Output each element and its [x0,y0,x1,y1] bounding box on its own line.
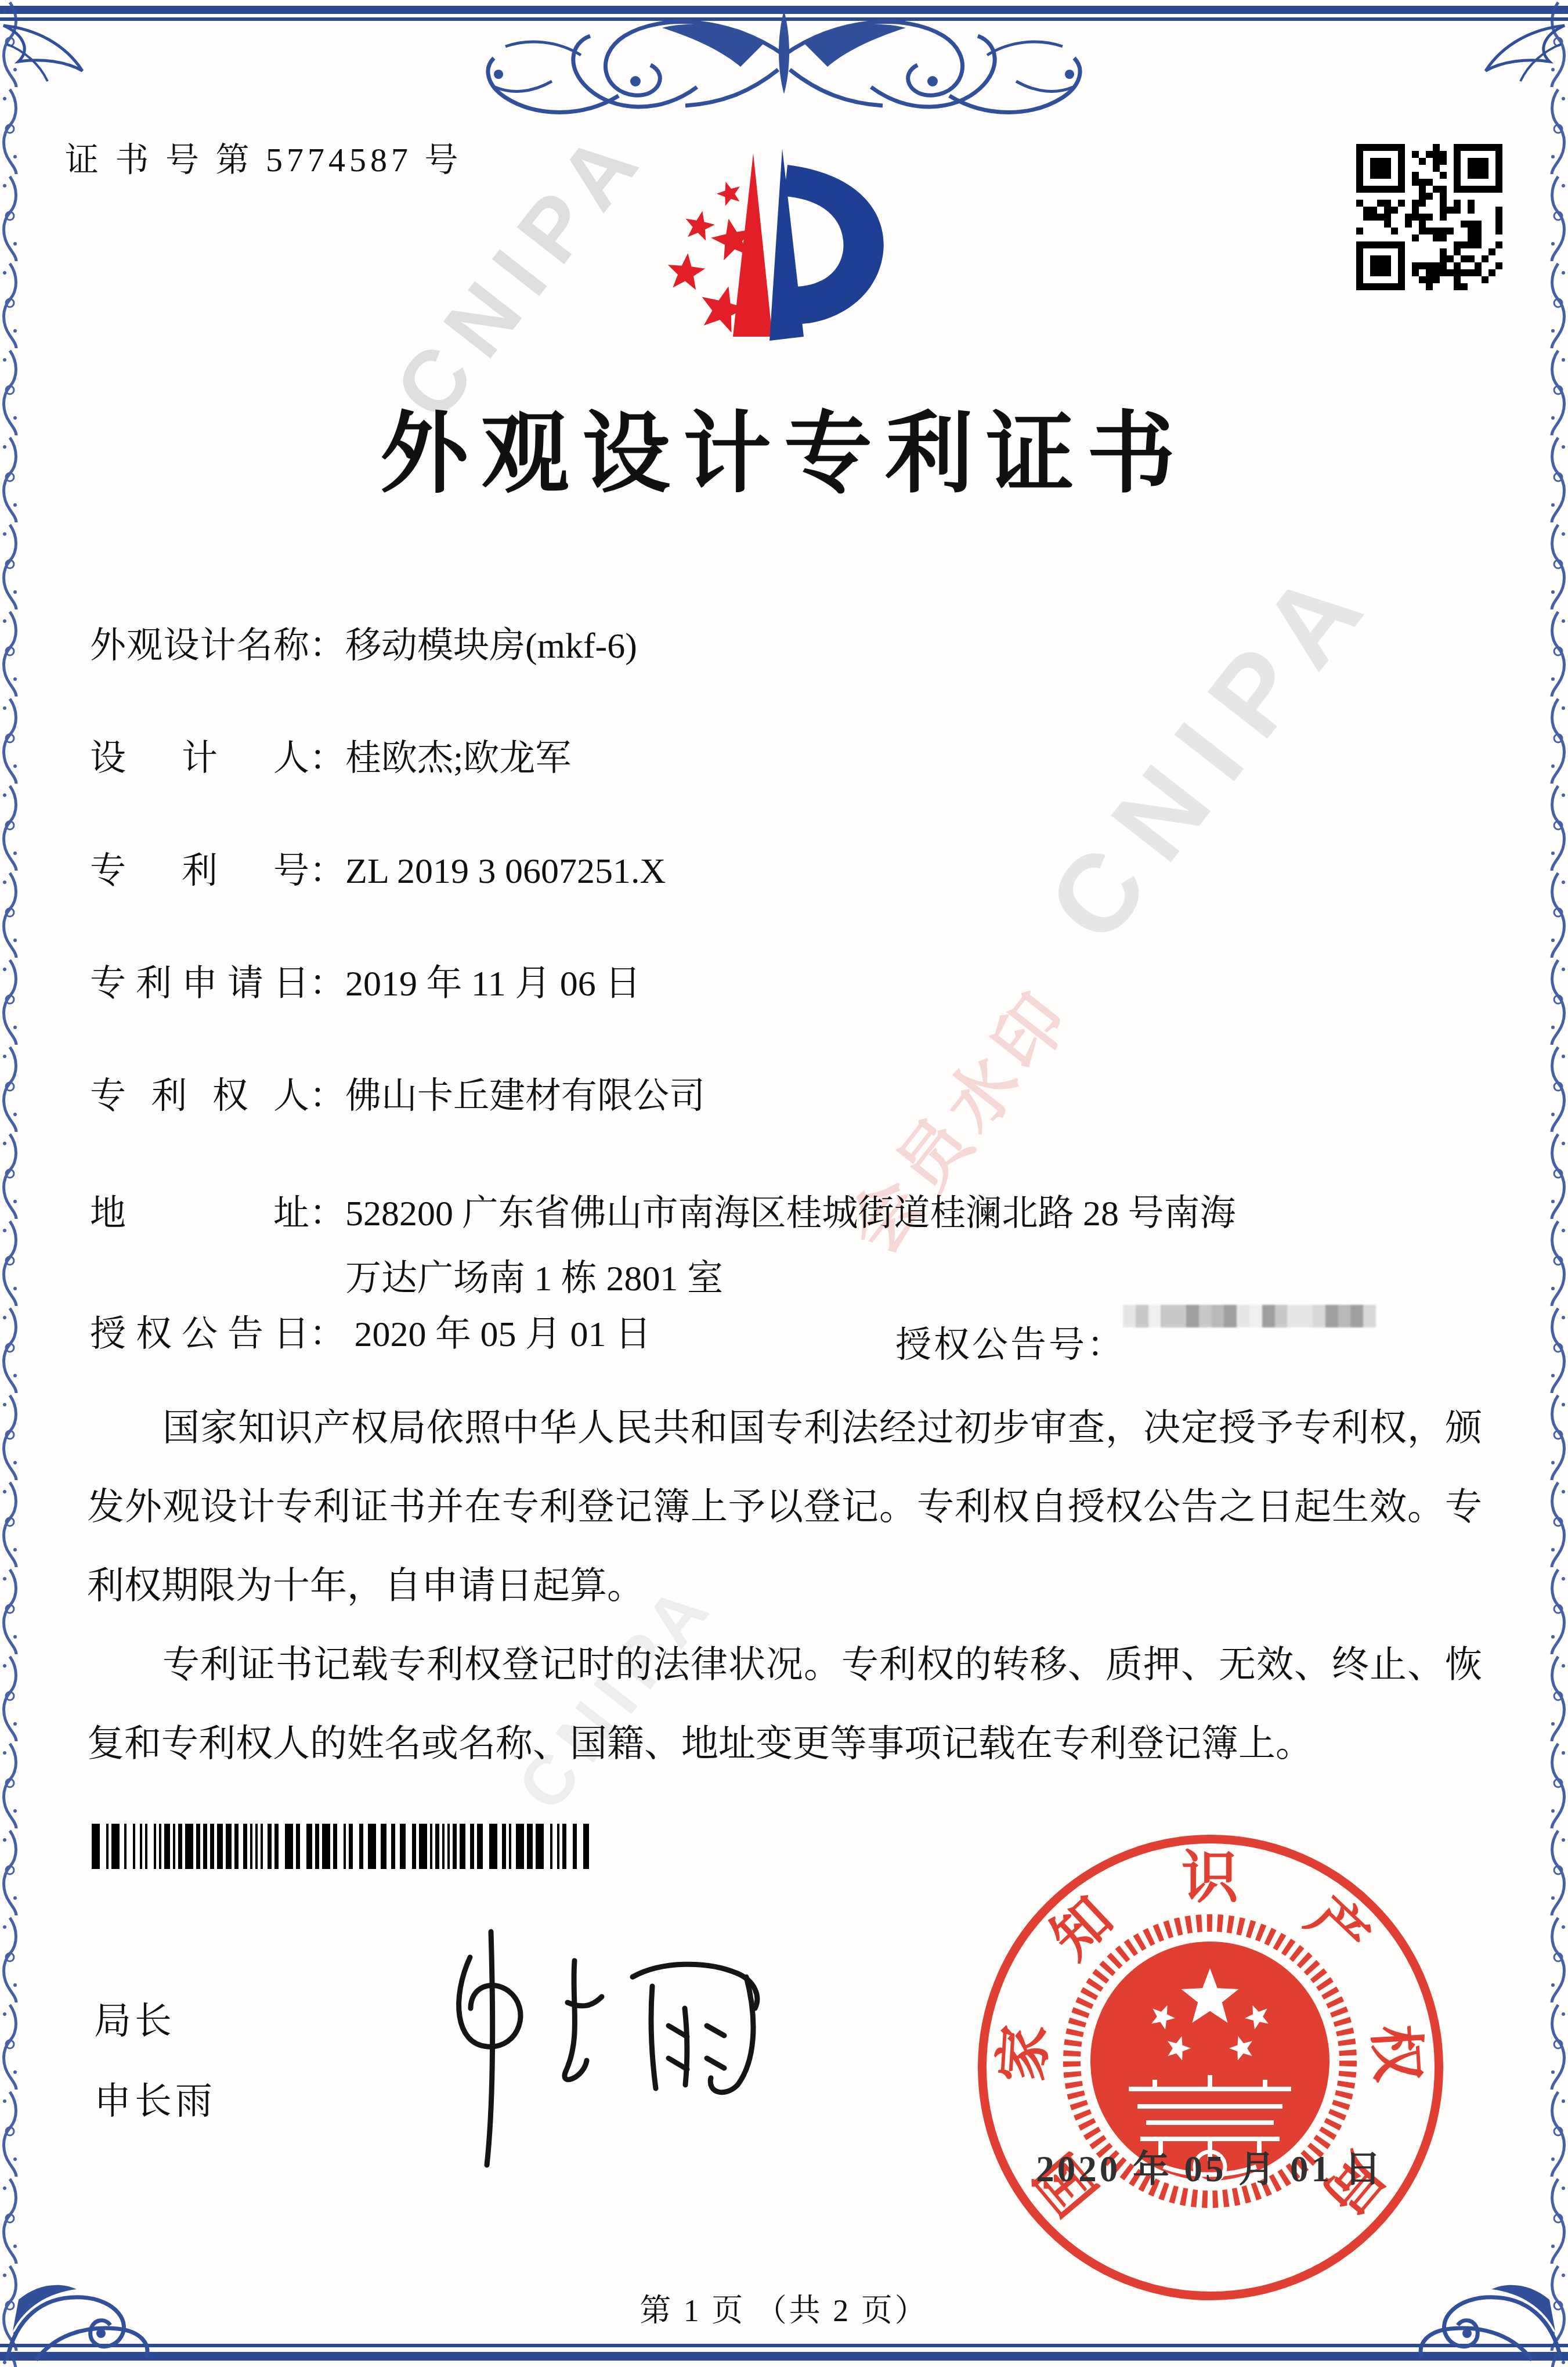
barcode-gap [465,1824,470,1869]
colon: ： [309,616,345,668]
label-char: 人 [273,1067,309,1118]
label-char: 号 [273,842,309,893]
barcode-gap [239,1824,243,1869]
label-char: 利 [182,842,218,893]
colon: ： [309,954,345,1006]
grant-no-label: 授权公告号 [895,1326,1087,1365]
label-char: 权 [212,1067,248,1118]
barcode-gap [263,1824,268,1869]
grant-row: 授权公告日： 2020 年 05 月 01 日 授权公告号： [90,1305,651,1356]
barcode-bar [234,1824,239,1869]
barcode-bar [516,1824,524,1869]
redacted-pixel [1237,1305,1249,1327]
barcode-gap [100,1824,106,1869]
field-value: 2019 年 11 月 06 日 [345,954,641,1006]
barcode-gap [552,1824,557,1869]
field-value: ZL 2019 3 0607251.X [345,851,666,892]
label-char: 址 [273,1184,309,1236]
barcode-bar [178,1824,182,1869]
logo-star [686,211,715,241]
barcode-bar [583,1824,589,1869]
redacted-pixel [1350,1305,1363,1327]
barcode-bar [217,1824,223,1869]
seal-org-char: 权 [1359,2022,1443,2084]
barcode-bar [315,1824,319,1869]
grant-date-label: 授权公告日 [90,1305,309,1356]
barcode-bar [412,1824,416,1869]
barcode-gap [279,1824,285,1869]
label-char: 权 [136,1305,172,1356]
redacted-pixel [1161,1305,1173,1327]
barcode-bar [226,1824,232,1869]
field-label: 专利申请日 [90,954,309,1006]
grant-date-value: 2020 年 05 月 01 日 [355,1305,652,1356]
barcode-gap [566,1824,573,1869]
barcode-bar [306,1824,312,1869]
commissioner-title: 局长 [94,1991,175,2044]
redacted-pixel [1262,1305,1275,1327]
barcode-bar [400,1824,406,1869]
grant-no-redacted-value [1123,1305,1376,1373]
barcode-bar [296,1824,300,1869]
barcode-bar [349,1824,353,1869]
bottom-border-line-thin [0,2344,1568,2347]
barcode-bar [359,1824,363,1869]
barcode-bar [368,1824,376,1869]
page-number: 第 1 页 （共 2 页） [0,2286,1568,2330]
top-left-corner-ornament [1,21,94,96]
label-char: 设 [163,616,199,668]
redacted-pixel [1224,1305,1237,1327]
field-label: 专利号 [90,842,309,893]
label-char: 专 [90,954,126,1006]
barcode-bar [210,1824,214,1869]
field-label: 专利权人 [90,1067,309,1118]
field-row: 专利号：ZL 2019 3 0607251.X [90,842,666,893]
certificate-page: CNIPA CNIPA 会员水印 CNIPA 证 书 号 第 5774587 号… [0,0,1568,2367]
barcode-bar [527,1824,533,1869]
official-seal: 国家知识产权局 2020 年 05 月 01 日 [976,1833,1444,2301]
handwritten-signature-icon [383,1921,836,2177]
redacted-pixel [1363,1305,1376,1327]
barcode-gap [120,1824,124,1869]
barcode-bar [185,1824,193,1869]
colon: ： [309,729,345,781]
barcode-gap [497,1824,502,1869]
label-char: 观 [127,616,162,668]
redacted-pixel [1313,1305,1325,1327]
seal-org-char: 识 [1182,1832,1238,1914]
barcode-bar [435,1824,439,1869]
field-row: 地址：528200 广东省佛山市南海区桂城街道桂澜北路 28 号南海万达广场南 … [90,1184,1236,1236]
watermark-cnipa: CNIPA [1023,532,1400,965]
label-char: 日 [273,1305,309,1356]
barcode-bar [111,1824,120,1869]
barcode-gap [544,1824,550,1869]
barcode-gap [406,1824,412,1869]
field-row: 专利权人：佛山卡丘建材有限公司 [90,1067,705,1118]
paragraph-grant-statement: 国家知识产权局依照中华人民共和国专利法经过初步审查，决定授予专利权，颁发外观设计… [87,1388,1482,1625]
barcode-bar [460,1824,465,1869]
field-label: 设计人 [90,729,309,781]
barcode-bar [536,1824,544,1869]
certificate-title: 外观设计专利证书 [0,383,1568,510]
barcode-gap [483,1824,489,1869]
seal-org-char: 家 [976,2022,1061,2084]
label-char: 设 [90,729,126,781]
barcode-bar [322,1824,330,1869]
redacted-pixel [1287,1305,1300,1327]
redacted-pixel [1275,1305,1288,1327]
label-char: 地 [90,1184,126,1236]
seal-date: 2020 年 05 月 01 日 [976,2139,1444,2192]
label-char: 外 [90,616,126,668]
barcode-bar [419,1824,427,1869]
redacted-pixel [1199,1305,1212,1327]
barcode [92,1824,597,1869]
label-char: 告 [227,1305,263,1356]
redacted-pixel [1136,1305,1148,1327]
right-ornamental-border [1548,0,1568,2367]
top-right-corner-ornament [1474,21,1567,96]
field-label: 外观设计名称 [90,616,309,668]
label-char: 名 [237,616,273,668]
barcode-gap [577,1824,583,1869]
field-row: 设计人：桂欧杰;欧龙军 [90,729,571,781]
label-char: 计 [200,616,236,668]
barcode-bar [391,1824,395,1869]
colon: ： [309,1305,345,1356]
logo-star [668,253,705,290]
barcode-bar [381,1824,386,1869]
left-ornamental-border [0,0,20,2367]
redacted-pixel [1123,1305,1136,1327]
redacted-pixel [1325,1305,1338,1327]
label-char: 授 [90,1305,126,1356]
commissioner-name: 申长雨 [94,2071,216,2124]
barcode-gap [511,1824,516,1869]
barcode-gap [135,1824,140,1869]
barcode-gap [386,1824,391,1869]
barcode-bar [489,1824,497,1869]
cnipa-logo-icon [641,140,885,356]
label-char: 请 [227,954,263,1006]
field-value: 528200 广东省佛山市南海区桂城街道桂澜北路 28 号南海 [345,1184,1236,1236]
colon: ： [309,1067,345,1118]
grant-no-group: 授权公告号： [895,1305,1376,1373]
label-char: 申 [182,954,218,1006]
barcode-bar [470,1824,474,1869]
redacted-pixel [1249,1305,1262,1327]
certificate-number: 证 书 号 第 5774587 号 [65,132,463,181]
barcode-bar [453,1824,457,1869]
top-scrollwork-ornament [465,0,1103,145]
barcode-bar [477,1824,483,1869]
field-value: 桂欧杰;欧龙军 [345,729,571,781]
barcode-bar [502,1824,506,1869]
barcode-gap [300,1824,306,1869]
bottom-border-line-thick [0,2352,1568,2361]
barcode-bar [562,1824,566,1869]
label-char: 公 [182,1305,218,1356]
barcode-gap [589,1824,595,1869]
barcode-bar [573,1824,577,1869]
label-char: 专 [90,1067,126,1118]
field-value: 佛山卡丘建材有限公司 [345,1067,705,1118]
barcode-bar [274,1824,279,1869]
label-char: 专 [90,842,126,893]
barcode-bar [333,1824,337,1869]
colon: ： [309,842,345,893]
colon: ： [309,1184,345,1236]
redacted-pixel [1148,1305,1161,1327]
barcode-gap [353,1824,359,1869]
barcode-gap [337,1824,344,1869]
barcode-gap [127,1824,133,1869]
label-char: 日 [273,954,309,1006]
label-char: 人 [273,729,309,781]
barcode-gap [376,1824,381,1869]
label-char: 计 [182,729,218,781]
barcode-gap [147,1824,154,1869]
colon: ： [1087,1316,1123,1367]
label-char: 利 [151,1067,187,1118]
barcode-bar [196,1824,200,1869]
barcode-bar [164,1824,170,1869]
paragraph-legal-status: 专利证书记载专利权登记时的法律状况。专利权的转移、质押、无效、终止、恢复和专利权… [87,1625,1482,1783]
field-row: 外观设计名称：移动模块房(mkf-6) [90,616,637,668]
qr-code [1356,144,1502,290]
field-value: 移动模块房(mkf-6) [345,616,637,668]
body-paragraphs: 国家知识产权局依照中华人民共和国专利法经过初步审查，决定授予专利权，颁发外观设计… [87,1388,1482,1783]
label-char: 称 [273,616,309,668]
redacted-pixel [1186,1305,1199,1327]
barcode-gap [363,1824,368,1869]
field-label: 地址 [90,1184,309,1236]
barcode-bar [92,1824,100,1869]
barcode-gap [395,1824,400,1869]
redacted-pixel [1338,1305,1351,1327]
redacted-pixel [1173,1305,1186,1327]
logo-star [717,182,740,206]
label-char: 利 [136,954,172,1006]
redacted-pixel [1212,1305,1224,1327]
barcode-bar [285,1824,293,1869]
barcode-bar [243,1824,247,1869]
field-row: 专利申请日：2019 年 11 月 06 日 [90,954,641,1006]
barcode-bar [203,1824,207,1869]
redacted-pixel [1300,1305,1313,1327]
field-value-line2: 万达广场南 1 栋 2801 室 [345,1249,723,1301]
barcode-bar [268,1824,272,1869]
